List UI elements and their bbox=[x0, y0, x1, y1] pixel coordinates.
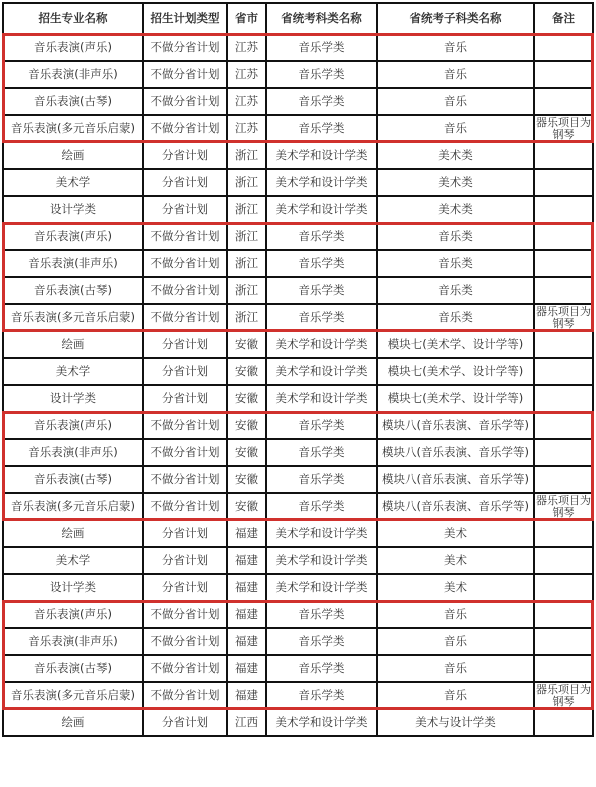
exam-subcategory-cell: 音乐类 bbox=[377, 250, 534, 277]
header-province: 省市 bbox=[227, 3, 266, 34]
exam-category-cell: 音乐学类 bbox=[266, 88, 377, 115]
major-name-cell: 音乐表演(古琴) bbox=[3, 655, 143, 682]
province-cell: 安徽 bbox=[227, 466, 266, 493]
table-row: 音乐表演(古琴)不做分省计划安徽音乐学类模块八(音乐表演、音乐学等) bbox=[3, 466, 593, 493]
plan-type-cell: 分省计划 bbox=[143, 196, 227, 223]
header-exam-category: 省统考科类名称 bbox=[266, 3, 377, 34]
major-name-cell: 美术学 bbox=[3, 169, 143, 196]
province-cell: 浙江 bbox=[227, 169, 266, 196]
province-cell: 浙江 bbox=[227, 277, 266, 304]
exam-category-cell: 美术学和设计学类 bbox=[266, 331, 377, 358]
table-row: 音乐表演(非声乐)不做分省计划福建音乐学类音乐 bbox=[3, 628, 593, 655]
exam-category-cell: 美术学和设计学类 bbox=[266, 385, 377, 412]
table-row: 音乐表演(古琴)不做分省计划福建音乐学类音乐 bbox=[3, 655, 593, 682]
plan-type-cell: 不做分省计划 bbox=[143, 601, 227, 628]
province-cell: 安徽 bbox=[227, 439, 266, 466]
table-row: 设计学类分省计划安徽美术学和设计学类模块七(美术学、设计学等) bbox=[3, 385, 593, 412]
province-cell: 安徽 bbox=[227, 412, 266, 439]
plan-type-cell: 分省计划 bbox=[143, 709, 227, 736]
exam-subcategory-cell: 音乐 bbox=[377, 61, 534, 88]
notes-cell bbox=[534, 331, 593, 358]
plan-type-cell: 不做分省计划 bbox=[143, 223, 227, 250]
header-notes: 备注 bbox=[534, 3, 593, 34]
province-cell: 浙江 bbox=[227, 304, 266, 331]
province-cell: 福建 bbox=[227, 655, 266, 682]
exam-category-cell: 音乐学类 bbox=[266, 466, 377, 493]
table-row: 音乐表演(非声乐)不做分省计划江苏音乐学类音乐 bbox=[3, 61, 593, 88]
major-name-cell: 音乐表演(非声乐) bbox=[3, 439, 143, 466]
exam-subcategory-cell: 音乐 bbox=[377, 655, 534, 682]
exam-category-cell: 音乐学类 bbox=[266, 34, 377, 61]
table-row: 音乐表演(声乐)不做分省计划安徽音乐学类模块八(音乐表演、音乐学等) bbox=[3, 412, 593, 439]
table-row: 绘画分省计划江西美术学和设计学类美术与设计学类 bbox=[3, 709, 593, 736]
plan-type-cell: 不做分省计划 bbox=[143, 304, 227, 331]
province-cell: 江苏 bbox=[227, 61, 266, 88]
exam-subcategory-cell: 音乐 bbox=[377, 115, 534, 142]
notes-cell bbox=[534, 250, 593, 277]
plan-type-cell: 分省计划 bbox=[143, 331, 227, 358]
plan-type-cell: 不做分省计划 bbox=[143, 115, 227, 142]
exam-subcategory-cell: 美术类 bbox=[377, 169, 534, 196]
plan-type-cell: 分省计划 bbox=[143, 385, 227, 412]
notes-cell bbox=[534, 709, 593, 736]
notes-cell bbox=[534, 88, 593, 115]
major-name-cell: 音乐表演(声乐) bbox=[3, 34, 143, 61]
plan-type-cell: 不做分省计划 bbox=[143, 61, 227, 88]
major-name-cell: 音乐表演(多元音乐启蒙) bbox=[3, 115, 143, 142]
table-row: 音乐表演(古琴)不做分省计划江苏音乐学类音乐 bbox=[3, 88, 593, 115]
notes-cell bbox=[534, 412, 593, 439]
major-name-cell: 音乐表演(声乐) bbox=[3, 412, 143, 439]
table-row: 音乐表演(非声乐)不做分省计划安徽音乐学类模块八(音乐表演、音乐学等) bbox=[3, 439, 593, 466]
exam-category-cell: 音乐学类 bbox=[266, 655, 377, 682]
plan-type-cell: 分省计划 bbox=[143, 520, 227, 547]
plan-type-cell: 不做分省计划 bbox=[143, 277, 227, 304]
notes-cell: 器乐项目为钢琴 bbox=[534, 115, 593, 142]
major-name-cell: 绘画 bbox=[3, 709, 143, 736]
exam-category-cell: 美术学和设计学类 bbox=[266, 547, 377, 574]
plan-type-cell: 不做分省计划 bbox=[143, 628, 227, 655]
exam-category-cell: 音乐学类 bbox=[266, 601, 377, 628]
major-name-cell: 音乐表演(声乐) bbox=[3, 601, 143, 628]
province-cell: 安徽 bbox=[227, 385, 266, 412]
exam-subcategory-cell: 美术与设计学类 bbox=[377, 709, 534, 736]
table-row: 绘画分省计划浙江美术学和设计学类美术类 bbox=[3, 142, 593, 169]
province-cell: 安徽 bbox=[227, 358, 266, 385]
exam-subcategory-cell: 音乐类 bbox=[377, 223, 534, 250]
exam-subcategory-cell: 模块八(音乐表演、音乐学等) bbox=[377, 466, 534, 493]
major-name-cell: 音乐表演(多元音乐启蒙) bbox=[3, 304, 143, 331]
notes-cell bbox=[534, 385, 593, 412]
exam-category-cell: 美术学和设计学类 bbox=[266, 574, 377, 601]
exam-category-cell: 美术学和设计学类 bbox=[266, 196, 377, 223]
exam-category-cell: 音乐学类 bbox=[266, 250, 377, 277]
province-cell: 江苏 bbox=[227, 88, 266, 115]
plan-type-cell: 不做分省计划 bbox=[143, 655, 227, 682]
province-cell: 福建 bbox=[227, 547, 266, 574]
exam-subcategory-cell: 美术类 bbox=[377, 196, 534, 223]
major-name-cell: 音乐表演(古琴) bbox=[3, 88, 143, 115]
province-cell: 江苏 bbox=[227, 115, 266, 142]
major-name-cell: 绘画 bbox=[3, 520, 143, 547]
exam-subcategory-cell: 模块七(美术学、设计学等) bbox=[377, 358, 534, 385]
major-name-cell: 绘画 bbox=[3, 142, 143, 169]
plan-type-cell: 不做分省计划 bbox=[143, 88, 227, 115]
major-name-cell: 美术学 bbox=[3, 358, 143, 385]
plan-type-cell: 分省计划 bbox=[143, 547, 227, 574]
notes-cell bbox=[534, 169, 593, 196]
header-exam-subcategory: 省统考子科类名称 bbox=[377, 3, 534, 34]
province-cell: 福建 bbox=[227, 601, 266, 628]
plan-type-cell: 分省计划 bbox=[143, 358, 227, 385]
exam-category-cell: 音乐学类 bbox=[266, 412, 377, 439]
notes-cell bbox=[534, 520, 593, 547]
exam-category-cell: 音乐学类 bbox=[266, 61, 377, 88]
plan-type-cell: 不做分省计划 bbox=[143, 250, 227, 277]
province-cell: 福建 bbox=[227, 574, 266, 601]
notes-cell bbox=[534, 142, 593, 169]
notes-cell bbox=[534, 196, 593, 223]
table-row: 美术学分省计划浙江美术学和设计学类美术类 bbox=[3, 169, 593, 196]
exam-subcategory-cell: 模块七(美术学、设计学等) bbox=[377, 385, 534, 412]
province-cell: 福建 bbox=[227, 520, 266, 547]
major-name-cell: 音乐表演(非声乐) bbox=[3, 61, 143, 88]
exam-category-cell: 美术学和设计学类 bbox=[266, 520, 377, 547]
table-row: 美术学分省计划福建美术学和设计学类美术 bbox=[3, 547, 593, 574]
notes-cell bbox=[534, 655, 593, 682]
exam-subcategory-cell: 美术 bbox=[377, 574, 534, 601]
exam-subcategory-cell: 美术 bbox=[377, 520, 534, 547]
province-cell: 浙江 bbox=[227, 250, 266, 277]
exam-category-cell: 音乐学类 bbox=[266, 304, 377, 331]
notes-cell bbox=[534, 277, 593, 304]
exam-subcategory-cell: 音乐类 bbox=[377, 304, 534, 331]
major-name-cell: 设计学类 bbox=[3, 196, 143, 223]
notes-cell bbox=[534, 466, 593, 493]
major-name-cell: 音乐表演(非声乐) bbox=[3, 250, 143, 277]
plan-type-cell: 分省计划 bbox=[143, 142, 227, 169]
notes-cell bbox=[534, 34, 593, 61]
plan-type-cell: 分省计划 bbox=[143, 574, 227, 601]
table-row: 音乐表演(非声乐)不做分省计划浙江音乐学类音乐类 bbox=[3, 250, 593, 277]
province-cell: 福建 bbox=[227, 682, 266, 709]
major-name-cell: 音乐表演(声乐) bbox=[3, 223, 143, 250]
notes-cell: 器乐项目为钢琴 bbox=[534, 304, 593, 331]
plan-type-cell: 不做分省计划 bbox=[143, 34, 227, 61]
plan-type-cell: 不做分省计划 bbox=[143, 466, 227, 493]
major-name-cell: 绘画 bbox=[3, 331, 143, 358]
admission-plan-table: 招生专业名称 招生计划类型 省市 省统考科类名称 省统考子科类名称 备注 音乐表… bbox=[2, 2, 594, 737]
province-cell: 安徽 bbox=[227, 493, 266, 520]
plan-type-cell: 不做分省计划 bbox=[143, 439, 227, 466]
exam-category-cell: 美术学和设计学类 bbox=[266, 358, 377, 385]
major-name-cell: 设计学类 bbox=[3, 385, 143, 412]
exam-category-cell: 美术学和设计学类 bbox=[266, 142, 377, 169]
exam-category-cell: 音乐学类 bbox=[266, 439, 377, 466]
major-name-cell: 美术学 bbox=[3, 547, 143, 574]
province-cell: 江西 bbox=[227, 709, 266, 736]
exam-category-cell: 音乐学类 bbox=[266, 493, 377, 520]
exam-category-cell: 音乐学类 bbox=[266, 277, 377, 304]
table-row: 音乐表演(声乐)不做分省计划福建音乐学类音乐 bbox=[3, 601, 593, 628]
notes-cell bbox=[534, 601, 593, 628]
exam-category-cell: 美术学和设计学类 bbox=[266, 169, 377, 196]
exam-subcategory-cell: 美术 bbox=[377, 547, 534, 574]
major-name-cell: 音乐表演(古琴) bbox=[3, 466, 143, 493]
province-cell: 江苏 bbox=[227, 34, 266, 61]
plan-type-cell: 不做分省计划 bbox=[143, 493, 227, 520]
table-row: 绘画分省计划福建美术学和设计学类美术 bbox=[3, 520, 593, 547]
province-cell: 浙江 bbox=[227, 142, 266, 169]
notes-cell bbox=[534, 358, 593, 385]
table-row: 音乐表演(多元音乐启蒙)不做分省计划安徽音乐学类模块八(音乐表演、音乐学等)器乐… bbox=[3, 493, 593, 520]
notes-cell: 器乐项目为钢琴 bbox=[534, 493, 593, 520]
table-row: 美术学分省计划安徽美术学和设计学类模块七(美术学、设计学等) bbox=[3, 358, 593, 385]
province-cell: 安徽 bbox=[227, 331, 266, 358]
exam-subcategory-cell: 音乐 bbox=[377, 628, 534, 655]
province-cell: 浙江 bbox=[227, 196, 266, 223]
major-name-cell: 音乐表演(古琴) bbox=[3, 277, 143, 304]
plan-type-cell: 不做分省计划 bbox=[143, 412, 227, 439]
plan-type-cell: 分省计划 bbox=[143, 169, 227, 196]
exam-category-cell: 音乐学类 bbox=[266, 628, 377, 655]
table-row: 音乐表演(声乐)不做分省计划江苏音乐学类音乐 bbox=[3, 34, 593, 61]
exam-subcategory-cell: 音乐 bbox=[377, 601, 534, 628]
header-major-name: 招生专业名称 bbox=[3, 3, 143, 34]
notes-cell bbox=[534, 439, 593, 466]
table-row: 音乐表演(多元音乐启蒙)不做分省计划浙江音乐学类音乐类器乐项目为钢琴 bbox=[3, 304, 593, 331]
exam-category-cell: 音乐学类 bbox=[266, 223, 377, 250]
table-row: 设计学类分省计划福建美术学和设计学类美术 bbox=[3, 574, 593, 601]
exam-category-cell: 美术学和设计学类 bbox=[266, 709, 377, 736]
exam-category-cell: 音乐学类 bbox=[266, 682, 377, 709]
major-name-cell: 设计学类 bbox=[3, 574, 143, 601]
major-name-cell: 音乐表演(非声乐) bbox=[3, 628, 143, 655]
header-row: 招生专业名称 招生计划类型 省市 省统考科类名称 省统考子科类名称 备注 bbox=[3, 3, 593, 34]
exam-subcategory-cell: 音乐 bbox=[377, 34, 534, 61]
table-row: 音乐表演(多元音乐启蒙)不做分省计划福建音乐学类音乐器乐项目为钢琴 bbox=[3, 682, 593, 709]
exam-subcategory-cell: 音乐 bbox=[377, 88, 534, 115]
table-row: 音乐表演(古琴)不做分省计划浙江音乐学类音乐类 bbox=[3, 277, 593, 304]
notes-cell bbox=[534, 574, 593, 601]
table-row: 设计学类分省计划浙江美术学和设计学类美术类 bbox=[3, 196, 593, 223]
table-row: 音乐表演(声乐)不做分省计划浙江音乐学类音乐类 bbox=[3, 223, 593, 250]
header-plan-type: 招生计划类型 bbox=[143, 3, 227, 34]
exam-subcategory-cell: 美术类 bbox=[377, 142, 534, 169]
exam-subcategory-cell: 音乐类 bbox=[377, 277, 534, 304]
notes-cell bbox=[534, 628, 593, 655]
notes-cell bbox=[534, 61, 593, 88]
province-cell: 福建 bbox=[227, 628, 266, 655]
exam-subcategory-cell: 模块八(音乐表演、音乐学等) bbox=[377, 439, 534, 466]
exam-category-cell: 音乐学类 bbox=[266, 115, 377, 142]
plan-type-cell: 不做分省计划 bbox=[143, 682, 227, 709]
exam-subcategory-cell: 模块八(音乐表演、音乐学等) bbox=[377, 412, 534, 439]
notes-cell bbox=[534, 547, 593, 574]
notes-cell bbox=[534, 223, 593, 250]
exam-subcategory-cell: 模块七(美术学、设计学等) bbox=[377, 331, 534, 358]
major-name-cell: 音乐表演(多元音乐启蒙) bbox=[3, 682, 143, 709]
table-row: 音乐表演(多元音乐启蒙)不做分省计划江苏音乐学类音乐器乐项目为钢琴 bbox=[3, 115, 593, 142]
exam-subcategory-cell: 模块八(音乐表演、音乐学等) bbox=[377, 493, 534, 520]
major-name-cell: 音乐表演(多元音乐启蒙) bbox=[3, 493, 143, 520]
exam-subcategory-cell: 音乐 bbox=[377, 682, 534, 709]
province-cell: 浙江 bbox=[227, 223, 266, 250]
table-row: 绘画分省计划安徽美术学和设计学类模块七(美术学、设计学等) bbox=[3, 331, 593, 358]
notes-cell: 器乐项目为钢琴 bbox=[534, 682, 593, 709]
